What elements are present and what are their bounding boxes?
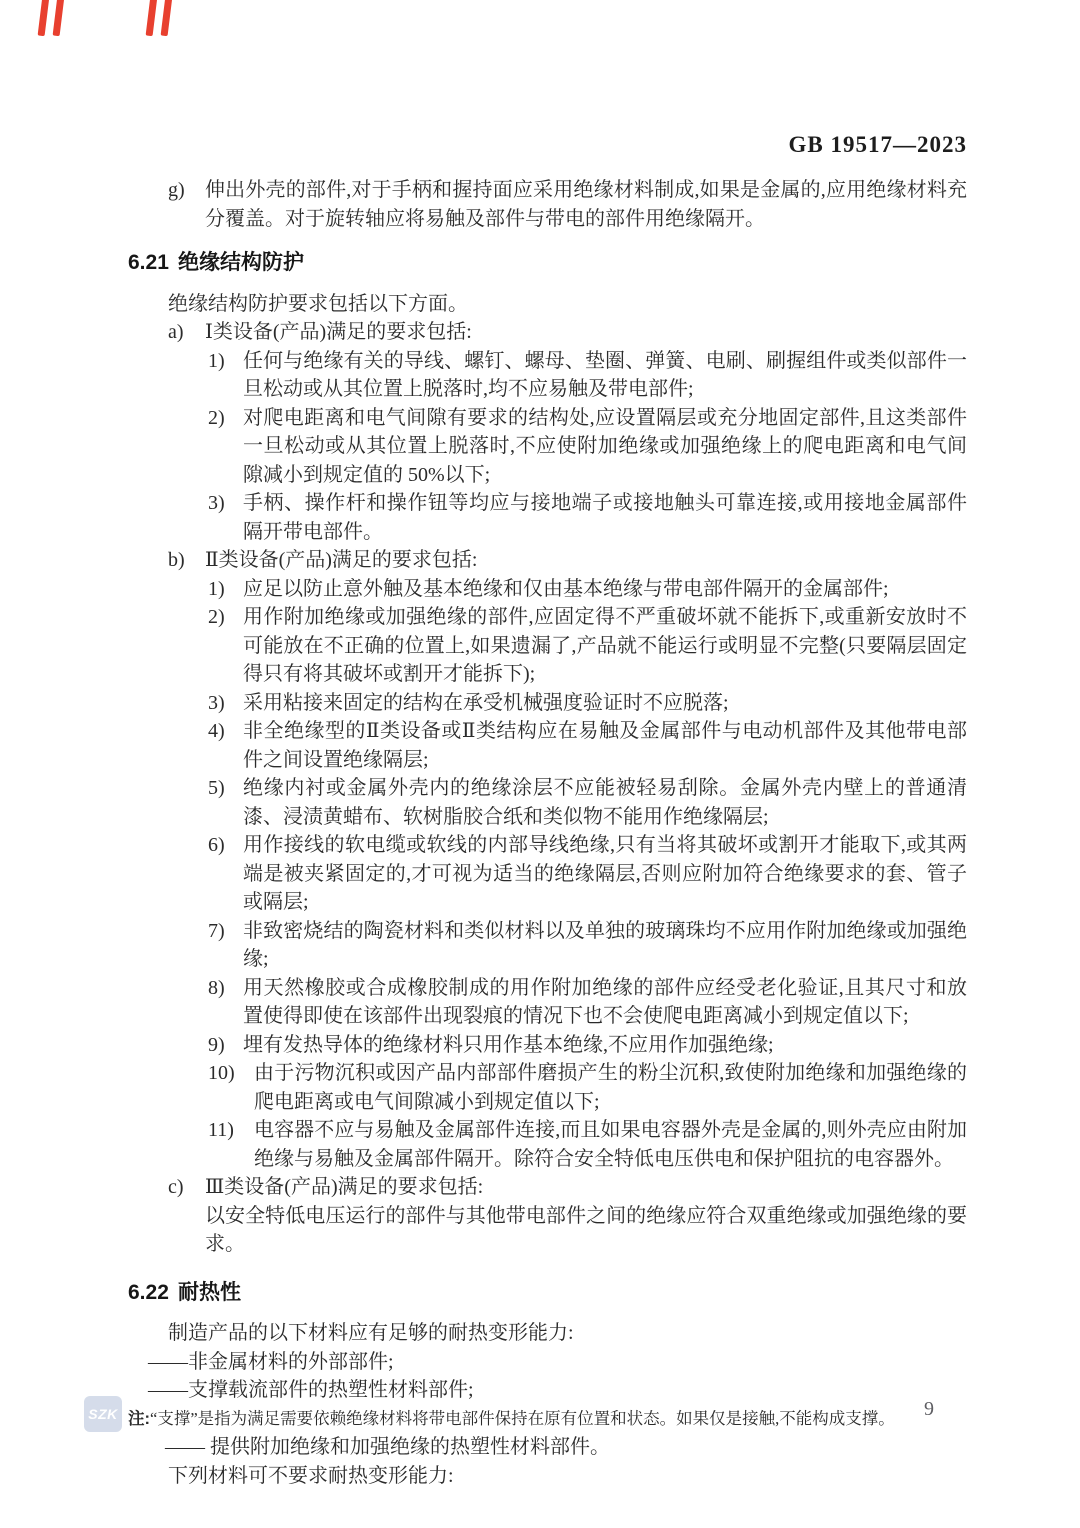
subitem-num: 2) [208, 603, 243, 689]
list-subitem-b2: 2) 用作附加绝缘或加强绝缘的部件,应固定得不严重破坏就不能拆下,或重新安放时不… [208, 603, 967, 689]
subitem-num: 6) [208, 831, 243, 917]
dash-item-3: —— 提供附加绝缘和加强绝缘的热塑性材料部件。 [165, 1433, 967, 1462]
subitem-num: 9) [208, 1031, 243, 1060]
list-subitem-b11: 11) 电容器不应与易触及金属部件连接,而且如果电容器外壳是金属的,则外壳应由附… [208, 1116, 967, 1173]
section-heading-6-21: 6.21绝缘结构防护 [128, 249, 967, 278]
watermark-text: SZK [88, 1406, 118, 1422]
list-item-b: b) Ⅱ类设备(产品)满足的要求包括: [168, 546, 967, 575]
red-mark-icon [161, 0, 173, 36]
section-heading-6-22: 6.22耐热性 [128, 1279, 967, 1308]
class3-requirement: 以安全特低电压运行的部件与其他带电部件之间的绝缘应符合双重绝缘或加强绝缘的要求。 [205, 1202, 967, 1259]
section-6-22-outro: 下列材料可不要求耐热变形能力: [168, 1462, 967, 1491]
section-6-21-intro: 绝缘结构防护要求包括以下方面。 [168, 290, 967, 319]
subitem-text: 对爬电距离和电气间隙有要求的结构处,应设置隔层或充分地固定部件,且这类部件一旦松… [243, 404, 967, 490]
list-label-g: g) [168, 176, 205, 233]
list-subitem-a3: 3) 手柄、操作杆和操作钮等均应与接地端子或接地触头可靠连接,或用接地金属部件隔… [208, 489, 967, 546]
red-mark-icon [146, 0, 158, 36]
subitem-num: 4) [208, 717, 243, 774]
dash-item-2: ——支撑载流部件的热塑性材料部件; [148, 1376, 967, 1405]
section-6-22-intro: 制造产品的以下材料应有足够的耐热变形能力: [168, 1319, 967, 1348]
watermark-logo: SZK [84, 1396, 122, 1432]
subitem-text: 绝缘内衬或金属外壳内的绝缘涂层不应能被轻易刮除。金属外壳内壁上的普通清漆、浸渍黄… [243, 774, 967, 831]
dash-item-1: ——非金属材料的外部部件; [148, 1348, 967, 1377]
subitem-text: 用作附加绝缘或加强绝缘的部件,应固定得不严重破坏就不能拆下,或重新安放时不可能放… [243, 603, 967, 689]
subitem-num: 3) [208, 489, 243, 546]
subitem-text: 电容器不应与易触及金属部件连接,而且如果电容器外壳是金属的,则外壳应由附加绝缘与… [254, 1116, 967, 1173]
list-item-g: g) 伸出外壳的部件,对于手柄和握持面应采用绝缘材料制成,如果是金属的,应用绝缘… [168, 176, 967, 233]
list-label-b: b) [168, 546, 205, 575]
standard-code-header: GB 19517—2023 [789, 132, 967, 158]
list-subitem-b3: 3) 采用粘接来固定的结构在承受机械强度验证时不应脱落; [208, 689, 967, 718]
subitem-text: 用天然橡胶或合成橡胶制成的用作附加绝缘的部件应经受老化验证,且其尺寸和放置使得即… [243, 974, 967, 1031]
list-text-a: Ⅰ类设备(产品)满足的要求包括: [205, 318, 967, 347]
list-text-c: Ⅲ类设备(产品)满足的要求包括: [205, 1173, 967, 1202]
subitem-text: 埋有发热导体的绝缘材料只用作基本绝缘,不应用作加强绝缘; [243, 1031, 967, 1060]
subitem-num: 5) [208, 774, 243, 831]
subitem-num: 1) [208, 575, 243, 604]
subitem-num: 3) [208, 689, 243, 718]
list-subitem-b8: 8) 用天然橡胶或合成橡胶制成的用作附加绝缘的部件应经受老化验证,且其尺寸和放置… [208, 974, 967, 1031]
subitem-text: 采用粘接来固定的结构在承受机械强度验证时不应脱落; [243, 689, 967, 718]
list-subitem-b5: 5) 绝缘内衬或金属外壳内的绝缘涂层不应能被轻易刮除。金属外壳内壁上的普通清漆、… [208, 774, 967, 831]
subitem-text: 手柄、操作杆和操作钮等均应与接地端子或接地触头可靠连接,或用接地金属部件隔开带电… [243, 489, 967, 546]
list-subitem-b10: 10) 由于污物沉积或因产品内部部件磨损产生的粉尘沉积,致使附加绝缘和加强绝缘的… [208, 1059, 967, 1116]
section-title: 耐热性 [178, 1281, 241, 1304]
page-number: 9 [924, 1398, 934, 1421]
list-text-b: Ⅱ类设备(产品)满足的要求包括: [205, 546, 967, 575]
subitem-num: 11) [208, 1116, 254, 1173]
subitem-text: 应足以防止意外触及基本绝缘和仅由基本绝缘与带电部件隔开的金属部件; [243, 575, 967, 604]
section-title: 绝缘结构防护 [178, 251, 304, 274]
red-mark-icon [38, 0, 50, 36]
subitem-text: 非致密烧结的陶瓷材料和类似材料以及单独的玻璃珠均不应用作附加绝缘或加强绝缘; [243, 917, 967, 974]
list-item-a: a) Ⅰ类设备(产品)满足的要求包括: [168, 318, 967, 347]
list-subitem-b7: 7) 非致密烧结的陶瓷材料和类似材料以及单独的玻璃珠均不应用作附加绝缘或加强绝缘… [208, 917, 967, 974]
section-number: 6.22 [128, 1279, 178, 1308]
note-label: 注: [128, 1410, 150, 1428]
note-text: “支撑”是指为满足需要依赖绝缘材料将带电部件保持在原有位置和状态。如果仅是接触,… [150, 1409, 895, 1428]
list-item-c: c) Ⅲ类设备(产品)满足的要求包括: [168, 1173, 967, 1202]
list-subitem-b4: 4) 非全绝缘型的Ⅱ类设备或Ⅱ类结构应在易触及金属部件与电动机部件及其他带电部件… [208, 717, 967, 774]
subitem-text: 用作接线的软电缆或软线的内部导线绝缘,只有当将其破坏或割开才能取下,或其两端是被… [243, 831, 967, 917]
subitem-num: 10) [208, 1059, 254, 1116]
section-number: 6.21 [128, 249, 178, 278]
subitem-num: 1) [208, 347, 243, 404]
subitem-num: 2) [208, 404, 243, 490]
list-subitem-b9: 9) 埋有发热导体的绝缘材料只用作基本绝缘,不应用作加强绝缘; [208, 1031, 967, 1060]
list-subitem-a2: 2) 对爬电距离和电气间隙有要求的结构处,应设置隔层或充分地固定部件,且这类部件… [208, 404, 967, 490]
page-content: g) 伸出外壳的部件,对于手柄和握持面应采用绝缘材料制成,如果是金属的,应用绝缘… [128, 176, 967, 1490]
note-line: 注:“支撑”是指为满足需要依赖绝缘材料将带电部件保持在原有位置和状态。如果仅是接… [128, 1405, 967, 1434]
document-page: GB 19517—2023 g) 伸出外壳的部件,对于手柄和握持面应采用绝缘材料… [0, 0, 1080, 1528]
list-subitem-a1: 1) 任何与绝缘有关的导线、螺钉、螺母、垫圈、弹簧、电刷、刷握组件或类似部件一旦… [208, 347, 967, 404]
subitem-text: 任何与绝缘有关的导线、螺钉、螺母、垫圈、弹簧、电刷、刷握组件或类似部件一旦松动或… [243, 347, 967, 404]
subitem-text: 由于污物沉积或因产品内部部件磨损产生的粉尘沉积,致使附加绝缘和加强绝缘的爬电距离… [254, 1059, 967, 1116]
red-mark-icon [53, 0, 65, 36]
list-label-c: c) [168, 1173, 205, 1202]
list-subitem-b1: 1) 应足以防止意外触及基本绝缘和仅由基本绝缘与带电部件隔开的金属部件; [208, 575, 967, 604]
subitem-num: 7) [208, 917, 243, 974]
subitem-text: 非全绝缘型的Ⅱ类设备或Ⅱ类结构应在易触及金属部件与电动机部件及其他带电部件之间设… [243, 717, 967, 774]
list-text-g: 伸出外壳的部件,对于手柄和握持面应采用绝缘材料制成,如果是金属的,应用绝缘材料充… [205, 176, 967, 233]
list-subitem-b6: 6) 用作接线的软电缆或软线的内部导线绝缘,只有当将其破坏或割开才能取下,或其两… [208, 831, 967, 917]
subitem-num: 8) [208, 974, 243, 1031]
list-label-a: a) [168, 318, 205, 347]
